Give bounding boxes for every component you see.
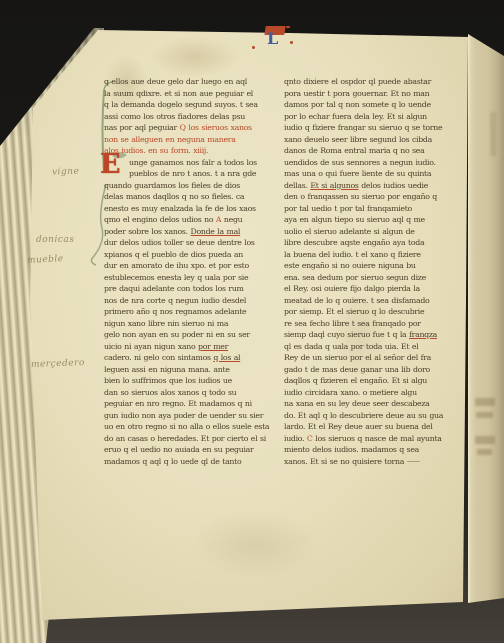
text-line: q la demanda dogelo segund suyos. t sea (104, 99, 280, 111)
faint-text-smudge (475, 436, 495, 444)
text-segment: leguen assi en niguna mana. ante (104, 365, 230, 374)
text-segment: xanos. Et si se no quisiere torna ⸺ (284, 457, 420, 466)
text-segment: danos de Roma entral maria q no sea (284, 146, 424, 155)
manuscript-photo: L E q ellos aue deue gelo dar luego en a… (0, 0, 504, 643)
text-segment: uendidos de sus sennores a negun iudio. (284, 158, 436, 167)
text-segment: re sea fecho libre t sea franqado por (284, 319, 421, 328)
text-segment: delos iudios uedie (359, 181, 428, 190)
text-line: madamos q aql q lo uede ql de tanto (104, 456, 280, 468)
text-line: xpianos q el pueblo de dios pueda an (104, 249, 280, 261)
text-segment: quando guardamos los fieles de dios (104, 181, 240, 190)
text-line: eruo q el uedio no auiada en su peguiar (104, 444, 280, 456)
text-segment: lardo. Et el Rey deue auer su buena del (284, 422, 433, 431)
text-segment: gun iudio non aya poder de uender su sie… (104, 411, 263, 420)
text-segment: madamos q aql q lo uede ql de tanto (104, 457, 241, 466)
text-segment: gado t de mas deue ganar una lib doro (284, 365, 430, 374)
text-line: primero año q nos regnamos adelante (104, 306, 280, 318)
text-line: gun iudio non aya poder de uender su sie… (104, 410, 280, 422)
text-segment: q ellos aue deue gelo dar luego en aql (104, 77, 247, 86)
text-segment: cadero. ni gelo con sintamos (104, 353, 213, 362)
text-line: la suum qdixre. et si non aue peguiar el (104, 88, 280, 100)
text-segment: ena. sea dedum por sieruo segun dize (284, 273, 426, 282)
text-segment: delas manos daqllos q no so fieles. ca (104, 192, 244, 201)
text-line: gado t de mas deue ganar una lib doro (284, 364, 466, 376)
text-segment: nas por aql peguiar (104, 123, 180, 132)
parchment-stain (150, 36, 240, 78)
text-line: meatad de lo q ouiere. t sea disfamado (284, 295, 466, 307)
text-line: danos de Roma entral maria q no sea (284, 145, 466, 157)
text-line: dan so sieruos alos xanos q todo su (104, 387, 280, 399)
text-segment: por lo echar fuera dela ley. Et si algun (284, 112, 427, 121)
text-segment: Donde la mal (191, 227, 241, 236)
text-line: pre daqui adelante con todos los rum (104, 283, 280, 295)
text-line: assi como los otros fiadores delas psu (104, 111, 280, 123)
text-segment: unge ganamos nos falr a todos los (129, 158, 257, 167)
text-segment: dur delos udios toller se deue dentre lo… (104, 238, 255, 247)
text-segment: Rey de un sieruo por el al señor del fra (284, 353, 431, 362)
text-line: den o franqassen su sieruo por engaño q (284, 191, 466, 203)
text-line: estublecemos enesta ley q uala por sie (104, 272, 280, 284)
text-segment: uo en otro regno si no alla o ellos suel… (104, 422, 269, 431)
text-segment: xano deuelo seer libre segund los cibda (284, 135, 432, 144)
text-line: lardo. Et el Rey deue auer su buena del (284, 421, 466, 433)
text-segment: do. Et aql q lo descubriere deue au su g… (284, 411, 443, 420)
text-segment: franqza (409, 330, 437, 339)
quire-mark-letter: L (267, 29, 278, 49)
text-line: peguiar en nro regno. Et madamos q ni (104, 398, 280, 410)
text-line: uo en otro regno si no alla o ellos suel… (104, 421, 280, 433)
text-segment: dur en amorato de ihu xpo. et por esto (104, 261, 249, 270)
text-line: uendidos de sus sennores a negun iudio. (284, 157, 466, 169)
text-line: alos iudios. en su form. xiiij. (104, 145, 280, 157)
text-segment: pueblos de nro t anos. t a nra gde (129, 169, 256, 178)
text-line: pora uestir t pora gouernar. Et no man (284, 88, 466, 100)
margin-note: vigne (52, 167, 80, 178)
text-line: damos por tal q non somete q lo uende (284, 99, 466, 111)
text-segment: la suum qdixre. et si non aue peguiar el (104, 89, 253, 98)
text-line: nos de nra corte q negun iudio desdel (104, 295, 280, 307)
text-line: aya en algun tiepo su sieruo aql q me (284, 214, 466, 226)
margin-note: donicas (36, 235, 74, 245)
text-line: xanos. Et si se no quisiere torna ⸺ (284, 456, 466, 468)
text-line: quando guardamos los fieles de dios (104, 180, 280, 192)
text-line: do an casas o heredades. Et por cierto e… (104, 433, 280, 445)
text-segment: este engaño si no ouiere niguna bu (284, 261, 416, 270)
text-segment: assi como los otros fiadores delas psu (104, 112, 245, 121)
text-line: delas manos daqllos q no so fieles. ca (104, 191, 280, 203)
text-segment: iudio q fiziere frangar su sieruo q se t… (284, 123, 442, 132)
red-dot (252, 46, 255, 49)
page-crease (490, 112, 496, 156)
red-dot (290, 41, 293, 44)
margin-note: mueble (27, 254, 64, 266)
text-segment: pre daqui adelante con todos los rum (104, 284, 244, 293)
text-segment: alos iudios. en su form. xiiij. (104, 146, 208, 155)
text-segment: dan so sieruos alos xanos q todo su (104, 388, 236, 397)
text-line: enesto es muy enalzada la fe de los xaos (104, 203, 280, 215)
text-segment: qnto dixiere el ospdor ql puede abastar (284, 77, 431, 86)
text-segment: uicio ni ayan nigun xano (104, 342, 198, 351)
margin-note: merçedero (31, 358, 85, 370)
text-segment: bien lo suffrimos que los iudios ue (104, 376, 232, 385)
text-segment: uolio el sieruo adelante si algun de (284, 227, 415, 236)
text-line: re sea fecho libre t sea franqado por (284, 318, 466, 330)
text-line: gelo non ayan en su poder ni en su ser (104, 329, 280, 341)
text-line: por lo echar fuera dela ley. Et si algun (284, 111, 466, 123)
text-line: ena. sea dedum por sieruo segun dize (284, 272, 466, 284)
text-segment: gelo non ayan en su poder ni en su ser (104, 330, 250, 339)
text-segment: dellas. (284, 181, 310, 190)
text-line: nas por aql peguiar Q los sieruos xanos (104, 122, 280, 134)
red-dot (286, 26, 290, 28)
text-line: dellas. Et si algunos delos iudios uedie (284, 180, 466, 192)
text-segment: nigun xano libre nin sieruo ni ma (104, 319, 228, 328)
text-line: uolio el sieruo adelante si algun de (284, 226, 466, 238)
text-segment: estublecemos enesta ley q uala por sie (104, 273, 248, 282)
text-column-left: q ellos aue deue gelo dar luego en aqlla… (104, 76, 280, 467)
text-segment: non se alleguen en neguna manera (104, 135, 236, 144)
text-segment: por mer (198, 342, 228, 351)
faint-text-smudge (477, 449, 492, 455)
text-segment: pora uestir t pora gouernar. Et no man (284, 89, 429, 98)
text-line: el Rey. osi ouiere fijo dalgo pierda la (284, 283, 466, 295)
text-line: iudio circidara xano. o metiere algu (284, 387, 466, 399)
text-segment: damos por tal q non somete q lo uende (284, 100, 431, 109)
text-segment: q la demanda dogelo segund suyos. t sea (104, 100, 258, 109)
text-segment: ql es dada q uala por toda uia. Et el (284, 342, 418, 351)
text-segment: siemp daql cuyo sieruo fue t q la (284, 330, 409, 339)
text-segment: aya en algun tiepo su sieruo aql q me (284, 215, 425, 224)
text-segment: enesto es muy enalzada la fe de los xaos (104, 204, 256, 213)
text-segment: mas una o qui fuere liente de su quinta (284, 169, 431, 178)
text-line: poder sobre los xanos. Donde la mal (104, 226, 280, 238)
text-segment: la buena del iudio. t el xano q fiziere (284, 250, 421, 259)
text-line: por siemp. Et el sieruo q lo descubrie (284, 306, 466, 318)
text-segment: xpianos q el pueblo de dios pueda an (104, 250, 243, 259)
facing-page-edge (468, 0, 504, 643)
faint-text-smudge (475, 398, 495, 406)
text-segment: Et si algunos (310, 181, 358, 190)
text-line: iudio. C los sieruos q nasce de mal ayun… (284, 433, 466, 445)
text-line: Rey de un sieruo por el al señor del fra (284, 352, 466, 364)
text-line: iudio q fiziere frangar su sieruo q se t… (284, 122, 466, 134)
text-line: siemp daql cuyo sieruo fue t q la franqz… (284, 329, 466, 341)
text-line: por tal uedio t por tal franqamieto (284, 203, 466, 215)
text-segment: q los al (213, 353, 240, 362)
text-line: q ellos aue deue gelo dar luego en aql (104, 76, 280, 88)
text-line: cadero. ni gelo con sintamos q los al (104, 352, 280, 364)
text-line: qnto dixiere el ospdor ql puede abastar (284, 76, 466, 88)
text-line: libre descubre aqste engaño aya toda (284, 237, 466, 249)
text-segment: primero año q nos regnamos adelante (104, 307, 246, 316)
text-segment: los sieruos q nasce de mal ayunta (313, 434, 442, 443)
text-line: leguen assi en niguna mana. ante (104, 364, 280, 376)
text-segment: poder sobre los xanos. (104, 227, 191, 236)
text-line: este engaño si no ouiere niguna bu (284, 260, 466, 272)
text-line: do. Et aql q lo descubriere deue au su g… (284, 410, 466, 422)
faint-text-smudge (476, 412, 493, 418)
text-line: nigun xano libre nin sieruo ni ma (104, 318, 280, 330)
text-segment: do an casas o heredades. Et por cierto e… (104, 434, 266, 443)
text-column-right: qnto dixiere el ospdor ql puede abastarp… (284, 76, 466, 467)
text-line: dur delos udios toller se deue dentre lo… (104, 237, 280, 249)
text-segment: peguiar en nro regno. Et madamos q ni (104, 399, 252, 408)
text-segment: meatad de lo q ouiere. t sea disfamado (284, 296, 429, 305)
text-segment: miento delos iudios. madamos q sea (284, 445, 419, 454)
text-line: la buena del iudio. t el xano q fiziere (284, 249, 466, 261)
text-segment: iudio circidara xano. o metiere algu (284, 388, 417, 397)
text-line: miento delos iudios. madamos q sea (284, 444, 466, 456)
text-segment: nos de nra corte q negun iudio desdel (104, 296, 246, 305)
text-segment: Q los sieruos xanos (180, 123, 252, 132)
text-segment: daqllos q fizieren el engaño. Et si algu (284, 376, 427, 385)
text-line: dur en amorato de ihu xpo. et por esto (104, 260, 280, 272)
text-line: uicio ni ayan nigun xano por mer (104, 341, 280, 353)
text-segment: iudio. (284, 434, 307, 443)
text-line: mas una o qui fuere liente de su quinta (284, 168, 466, 180)
text-segment: por siemp. Et el sieruo q lo descubrie (284, 307, 424, 316)
text-segment: el Rey. osi ouiere fijo dalgo pierda la (284, 284, 420, 293)
parchment-stain (190, 510, 320, 580)
text-line: unge ganamos nos falr a todos los (104, 157, 280, 169)
text-line: non se alleguen en neguna manera (104, 134, 280, 146)
text-segment: libre descubre aqste engaño aya toda (284, 238, 424, 247)
text-line: qmo el engino delos udios no A negu (104, 214, 280, 226)
text-line: pueblos de nro t anos. t a nra gde (104, 168, 280, 180)
text-line: ql es dada q uala por toda uia. Et el (284, 341, 466, 353)
text-segment: qmo el engino delos udios no (104, 215, 216, 224)
text-line: xano deuelo seer libre segund los cibda (284, 134, 466, 146)
quire-mark: L (250, 24, 302, 58)
text-segment: den o franqassen su sieruo por engaño q (284, 192, 437, 201)
text-segment: por tal uedio t por tal franqamieto (284, 204, 412, 213)
text-line: na xana en su ley deue seer descabeza (284, 398, 466, 410)
text-line: daqllos q fizieren el engaño. Et si algu (284, 375, 466, 387)
text-segment: negu (221, 215, 242, 224)
text-segment: na xana en su ley deue seer descabeza (284, 399, 430, 408)
text-line: bien lo suffrimos que los iudios ue (104, 375, 280, 387)
text-segment: eruo q el uedio no auiada en su peguiar (104, 445, 253, 454)
